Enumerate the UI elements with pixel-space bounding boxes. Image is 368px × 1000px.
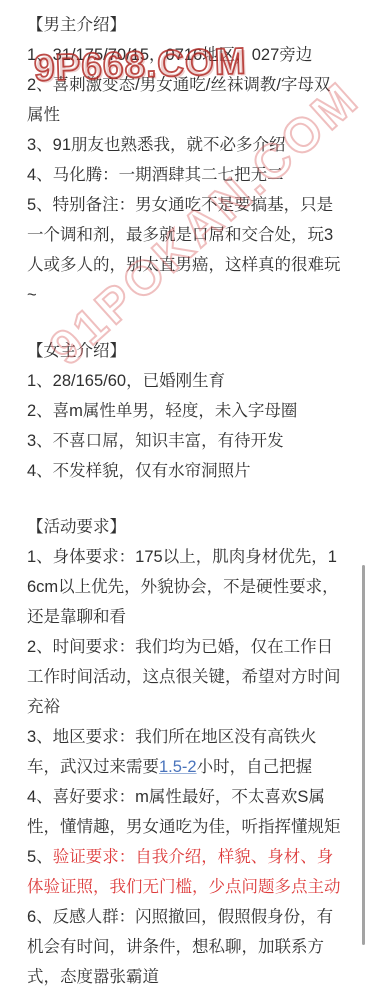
section-title: 【女主介绍】 — [27, 336, 342, 366]
text-run: 小时，自己把握 — [197, 758, 313, 776]
text-run: 5、 — [27, 848, 53, 866]
section-title: 【活动要求】 — [27, 512, 342, 542]
paragraph: 3、91朋友也熟悉我，就不必多介绍 — [27, 130, 342, 160]
scrollbar-thumb[interactable] — [362, 565, 365, 945]
paragraph: 2、喜m属性单男，轻度，未入字母圈 — [27, 396, 342, 426]
text-run: 6、反感人群：闪照撤回，假照假身份，有机会有时间，讲条件，想私聊，加联系方式，态… — [27, 908, 333, 986]
paragraph: 2、时间要求：我们均为已婚，仅在工作日工作时间活动，这点很关键，希望对方时间充裕 — [27, 632, 342, 722]
post-body: 【男主介绍】1、31/175/70/15，0716地区，027旁边2、喜刺激变态… — [0, 0, 368, 1000]
paragraph: 1、31/175/70/15，0716地区，027旁边 — [27, 40, 342, 70]
text-run: 5、特别备注：男女通吃不是要搞基，只是一个调和剂，最多就是口屌和交合处，玩3人或… — [27, 196, 341, 304]
paragraph: 2、喜刺激变态/男女通吃/丝袜调教/字母双属性 — [27, 70, 342, 130]
text-run: 3、91朋友也熟悉我，就不必多介绍 — [27, 136, 286, 154]
paragraph: 5、特别备注：男女通吃不是要搞基，只是一个调和剂，最多就是口屌和交合处，玩3人或… — [27, 190, 342, 310]
paragraph: 4、喜好要求：m属性最好，不太喜欢S属性，懂情趣，男女通吃为佳，听指挥懂规矩 — [27, 782, 342, 842]
text-run: 3、不喜口屌，知识丰富，有待开发 — [27, 432, 284, 450]
section: 【女主介绍】1、28/165/60，已婚刚生育2、喜m属性单男，轻度，未入字母圈… — [27, 336, 342, 486]
text-run: 1、身体要求：175以上，肌肉身材优先，16cm以上优先，外貌协会，不是硬性要求… — [27, 548, 339, 626]
text-run: 1、31/175/70/15，0716地区，027旁边 — [27, 46, 312, 64]
section: 【活动要求】1、身体要求：175以上，肌肉身材优先，16cm以上优先，外貌协会，… — [27, 512, 342, 992]
paragraph: 6、反感人群：闪照撤回，假照假身份，有机会有时间，讲条件，想私聊，加联系方式，态… — [27, 902, 342, 992]
paragraph: 1、28/165/60，已婚刚生育 — [27, 366, 342, 396]
paragraph: 4、不发样貌，仅有水帘洞照片 — [27, 456, 342, 486]
inline-link[interactable]: 1.5-2 — [159, 758, 197, 776]
text-run: 4、马化腾：一期酒肆其二七把无二 — [27, 166, 284, 184]
text-run: 4、喜好要求：m属性最好，不太喜欢S属性，懂情趣，男女通吃为佳，听指挥懂规矩 — [27, 788, 341, 836]
highlight-text: 验证要求：自我介绍，样貌、身材、身体验证照，我们无门槛，少点问题多点主动 — [27, 848, 341, 896]
post-screenshot: 9P668.COM 91POKAN.COM 【男主介绍】1、31/175/70/… — [0, 0, 368, 1000]
section-title: 【男主介绍】 — [27, 10, 342, 40]
text-run: 2、喜刺激变态/男女通吃/丝袜调教/字母双属性 — [27, 76, 330, 124]
text-run: 2、时间要求：我们均为已婚，仅在工作日工作时间活动，这点很关键，希望对方时间充裕 — [27, 638, 341, 716]
text-run: 4、不发样貌，仅有水帘洞照片 — [27, 462, 251, 480]
paragraph: 3、不喜口屌，知识丰富，有待开发 — [27, 426, 342, 456]
paragraph: 3、地区要求：我们所在地区没有高铁火车，武汉过来需要1.5-2小时，自己把握 — [27, 722, 342, 782]
paragraph: 5、验证要求：自我介绍，样貌、身材、身体验证照，我们无门槛，少点问题多点主动 — [27, 842, 342, 902]
text-run: 2、喜m属性单男，轻度，未入字母圈 — [27, 402, 297, 420]
paragraph: 4、马化腾：一期酒肆其二七把无二 — [27, 160, 342, 190]
section: 【男主介绍】1、31/175/70/15，0716地区，027旁边2、喜刺激变态… — [27, 10, 342, 310]
paragraph: 1、身体要求：175以上，肌肉身材优先，16cm以上优先，外貌协会，不是硬性要求… — [27, 542, 342, 632]
text-run: 1、28/165/60，已婚刚生育 — [27, 372, 225, 390]
